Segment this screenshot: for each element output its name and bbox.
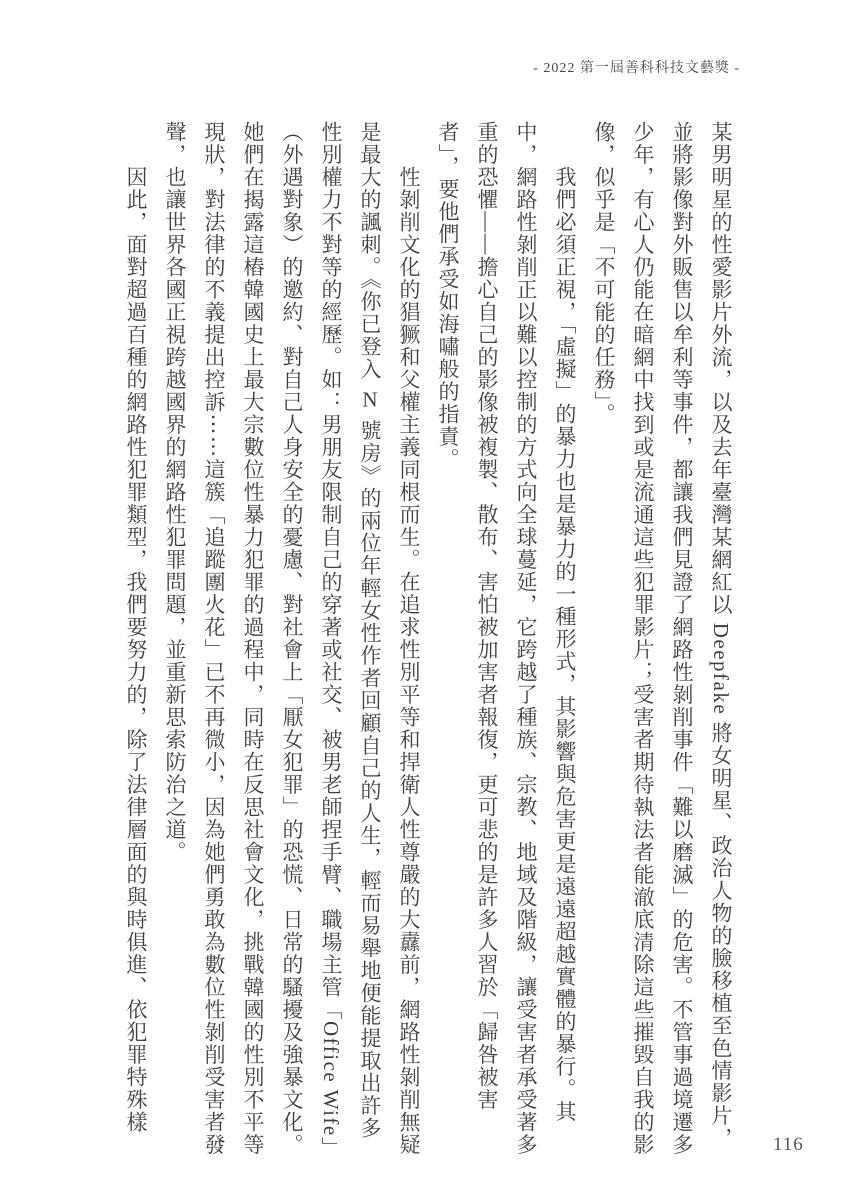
paragraph: 某男明星的性愛影片外流，以及去年臺灣某網紅以 Deepfake 將女明星、政治人… [584, 121, 740, 1159]
book-page: - 2022 第一屆善科科技文藝獎 - 某男明星的性愛影片外流，以及去年臺灣某網… [0, 0, 846, 1200]
paragraph-text: 某男明星的性愛影片外流，以及去年臺灣某網紅以 Deepfake 將女明星、政治人… [592, 121, 733, 1156]
paragraph-text: 我們必須正視，「虛擬」的暴力也是暴力的一種形式，其影響與危害更是遠遠超越實體的暴… [436, 121, 577, 1156]
paragraph: 我們必須正視，「虛擬」的暴力也是暴力的一種形式，其影響與危害更是遠遠超越實體的暴… [428, 121, 584, 1159]
paragraph-text: 因此，面對超過百種的網路性犯罪類型，我們要努力的，除了法律層面的與時俱進、依犯罪… [124, 166, 148, 1134]
running-header: - 2022 第一屆善科科技文藝獎 - [533, 57, 740, 77]
paragraph: 因此，面對超過百種的網路性犯罪類型，我們要努力的，除了法律層面的與時俱進、依犯罪… [116, 121, 155, 1159]
article-body: 某男明星的性愛影片外流，以及去年臺灣某網紅以 Deepfake 將女明星、政治人… [100, 121, 740, 1159]
paragraph: 性剝削文化的猖獗和父權主義同根而生。在追求性別平等和捍衛人性尊嚴的大纛前，網路性… [155, 121, 428, 1159]
paragraph-text: 號房》的兩位年輕女性作者回顧自己的人生，輕而易舉地便能提取出許多性別權力不對等的… [163, 121, 382, 1156]
upright-latin-text: N [358, 387, 382, 413]
page-number: 116 [773, 1134, 804, 1156]
